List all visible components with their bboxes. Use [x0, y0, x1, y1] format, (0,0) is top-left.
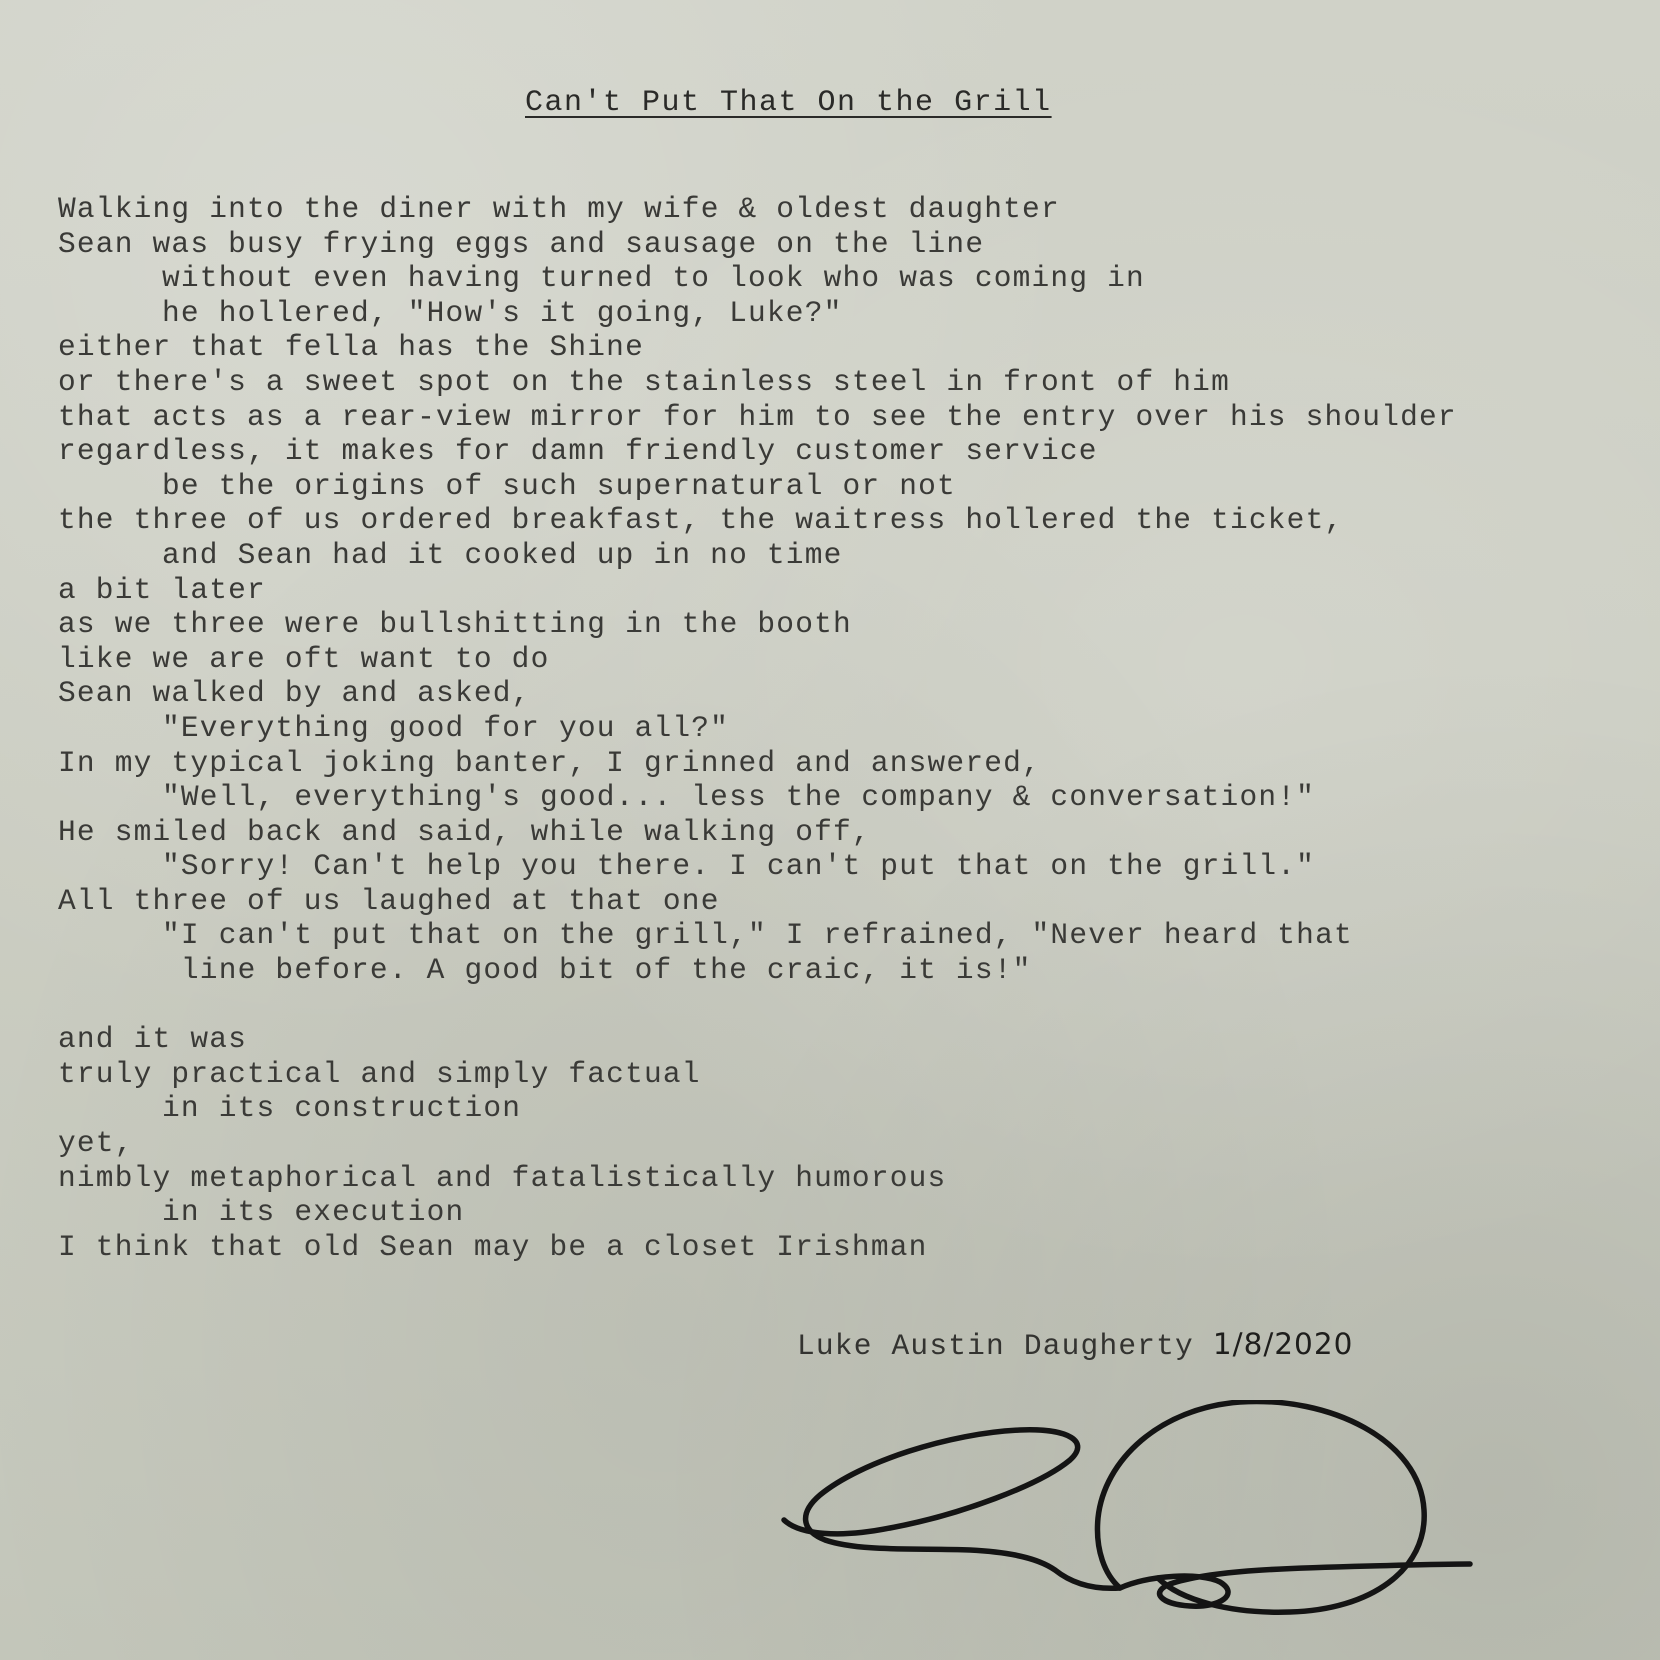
poem-body: Walking into the diner with my wife & ol…	[58, 192, 1658, 1264]
poem-line: either that fella has the Shine	[58, 330, 1658, 365]
poem-line: line before. A good bit of the craic, it…	[58, 953, 1658, 988]
poem-line: Walking into the diner with my wife & ol…	[58, 192, 1658, 227]
poem-line: "I can't put that on the grill," I refra…	[58, 918, 1658, 953]
poem-line: without even having turned to look who w…	[58, 261, 1658, 296]
poem-line: and Sean had it cooked up in no time	[58, 538, 1658, 573]
poem-line: in its execution	[58, 1195, 1658, 1230]
typewritten-page: Can't Put That On the Grill Walking into…	[0, 0, 1660, 1660]
poem-line: he hollered, "How's it going, Luke?"	[58, 296, 1658, 331]
poem-line: All three of us laughed at that one	[58, 884, 1658, 919]
poem-line: or there's a sweet spot on the stainless…	[58, 365, 1658, 400]
poem-line: Sean was busy frying eggs and sausage on…	[58, 227, 1658, 262]
byline: Luke Austin Daugherty 1/8/2020	[797, 1327, 1353, 1363]
poem-line: in its construction	[58, 1091, 1658, 1126]
poem-line: the three of us ordered breakfast, the w…	[58, 503, 1658, 538]
poem-title: Can't Put That On the Grill	[525, 86, 1052, 120]
poem-line: "Sorry! Can't help you there. I can't pu…	[58, 849, 1658, 884]
poem-line: In my typical joking banter, I grinned a…	[58, 746, 1658, 781]
poem-line: yet,	[58, 1126, 1658, 1161]
poem-line: a bit later	[58, 573, 1658, 608]
poem-line: nimbly metaphorical and fatalistically h…	[58, 1161, 1658, 1196]
poem-line: "Everything good for you all?"	[58, 711, 1658, 746]
poem-line: Sean walked by and asked,	[58, 676, 1658, 711]
poem-line: that acts as a rear-view mirror for him …	[58, 400, 1658, 435]
poem-line: be the origins of such supernatural or n…	[58, 469, 1658, 504]
poem-line: I think that old Sean may be a closet Ir…	[58, 1230, 1658, 1265]
author-name: Luke Austin Daugherty	[797, 1329, 1194, 1363]
poem-line: as we three were bullshitting in the boo…	[58, 607, 1658, 642]
signature-icon	[770, 1400, 1490, 1620]
poem-line: regardless, it makes for damn friendly c…	[58, 434, 1658, 469]
poem-line: "Well, everything's good... less the com…	[58, 780, 1658, 815]
poem-line: like we are oft want to do	[58, 642, 1658, 677]
poem-line: truly practical and simply factual	[58, 1057, 1658, 1092]
stanza-break	[58, 988, 1658, 1023]
poem-date: 1/8/2020	[1213, 1327, 1354, 1361]
poem-line: He smiled back and said, while walking o…	[58, 815, 1658, 850]
poem-line: and it was	[58, 1022, 1658, 1057]
